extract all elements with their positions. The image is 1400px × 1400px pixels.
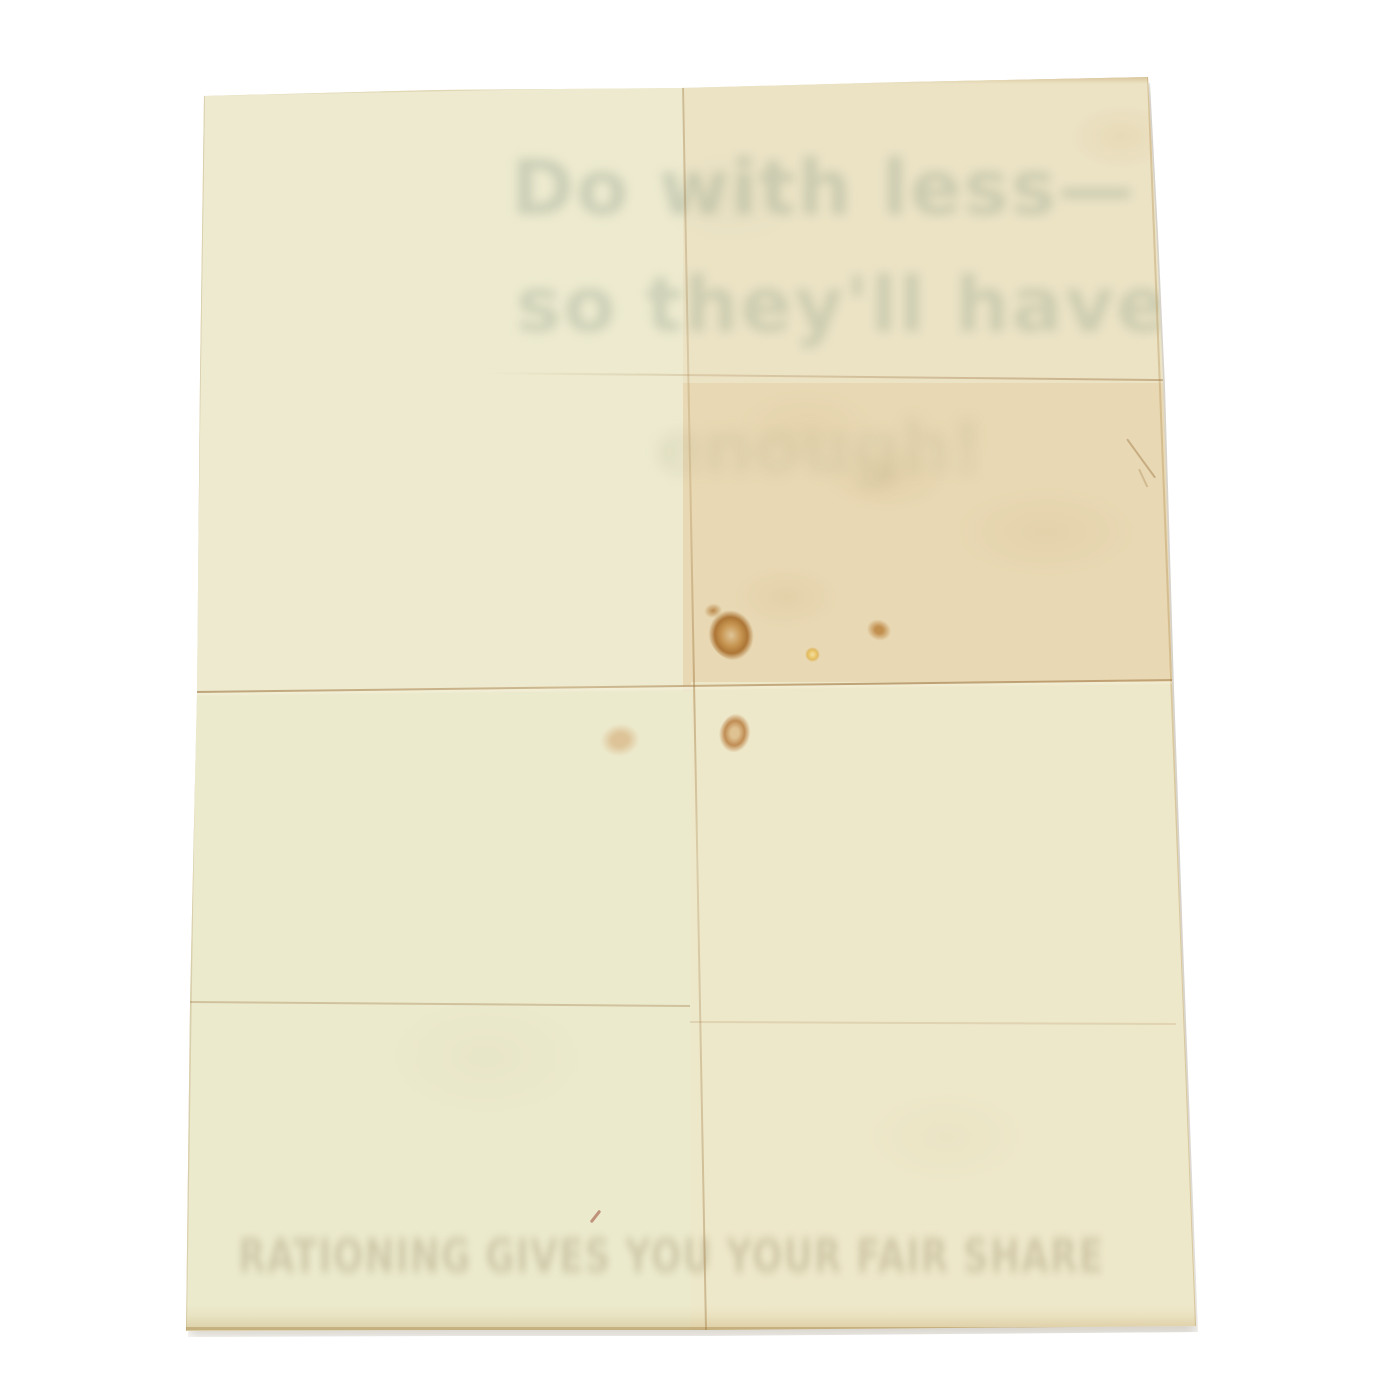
top-edge-toning: [676, 77, 1156, 84]
foxing-mottle-overlay: [186, 77, 1196, 1331]
right-edge-toning: [1182, 77, 1196, 717]
photo-canvas: Do with less— so they'll have enough! RA…: [0, 0, 1400, 1400]
yellow-spot: [805, 647, 820, 662]
poster-verso-paper: Do with less— so they'll have enough! RA…: [186, 77, 1196, 1331]
